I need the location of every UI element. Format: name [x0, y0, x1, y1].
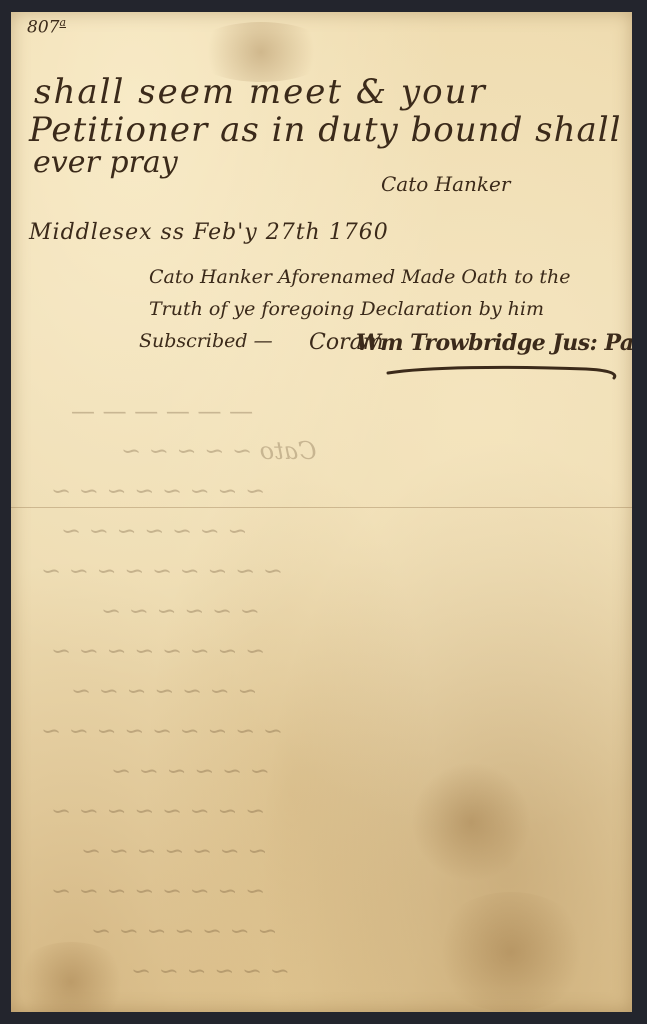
- water-stain: [411, 762, 531, 882]
- scan-frame: 807a shall seem meet & your Petitioner a…: [0, 0, 647, 1024]
- bleed-line: ~ ~ ~ ~ ~ ~ ~ ~: [51, 637, 265, 665]
- bleed-line: ~ ~ ~ ~ ~ ~ ~ ~: [51, 877, 265, 905]
- bleed-line: ~ ~ ~ ~ ~ ~ ~ ~: [51, 477, 265, 505]
- bleed-line: ~ ~ ~ ~ ~ ~: [101, 597, 260, 625]
- folio-number-suffix: a: [59, 16, 66, 29]
- venue-date: Middlesex ss Feb'y 27th 1760: [29, 220, 389, 245]
- bleed-line: ~ ~ ~ ~ ~ ~ ~: [61, 517, 248, 545]
- bleed-line: ~ ~ ~ ~ ~ ~ ~ ~: [51, 797, 265, 825]
- bleed-line: ~ ~ ~ ~ ~ ~ ~ ~ ~: [41, 557, 283, 585]
- folio-number: 807a: [27, 16, 66, 38]
- manuscript-page: 807a shall seem meet & your Petitioner a…: [11, 12, 632, 1012]
- water-stain: [11, 942, 131, 1012]
- water-stain: [431, 892, 591, 1012]
- closing-line-3: ever pray: [33, 145, 178, 180]
- bleed-line: ~ ~ ~ ~ ~ ~: [111, 757, 270, 785]
- oath-line-2: Truth of ye foregoing Declaration by him: [149, 298, 544, 320]
- bleed-line: ~ ~ ~ ~ ~ ~: [131, 957, 290, 985]
- bleed-line: — — — — — —: [71, 397, 253, 425]
- bleed-line: Cato ~ ~ ~ ~ ~: [121, 437, 316, 465]
- bleed-line: ~ ~ ~ ~ ~ ~ ~: [81, 837, 268, 865]
- folio-number-value: 807: [27, 18, 59, 38]
- signature-flourish-icon: [386, 364, 621, 380]
- oath-line-1: Cato Hanker Aforenamed Made Oath to the: [149, 266, 570, 288]
- closing-line-2: Petitioner as in duty bound shall: [29, 110, 622, 150]
- justice-signature: Wm Trowbridge Jus: Pac: [356, 330, 632, 356]
- water-stain: [191, 22, 331, 82]
- bleed-line: ~ ~ ~ ~ ~ ~ ~: [71, 677, 258, 705]
- oath-line-3: Subscribed —: [139, 330, 273, 352]
- petitioner-signature: Cato Hanker: [381, 172, 510, 196]
- bleed-line: ~ ~ ~ ~ ~ ~ ~: [91, 917, 278, 945]
- bleed-line: ~ ~ ~ ~ ~ ~ ~ ~ ~: [41, 717, 283, 745]
